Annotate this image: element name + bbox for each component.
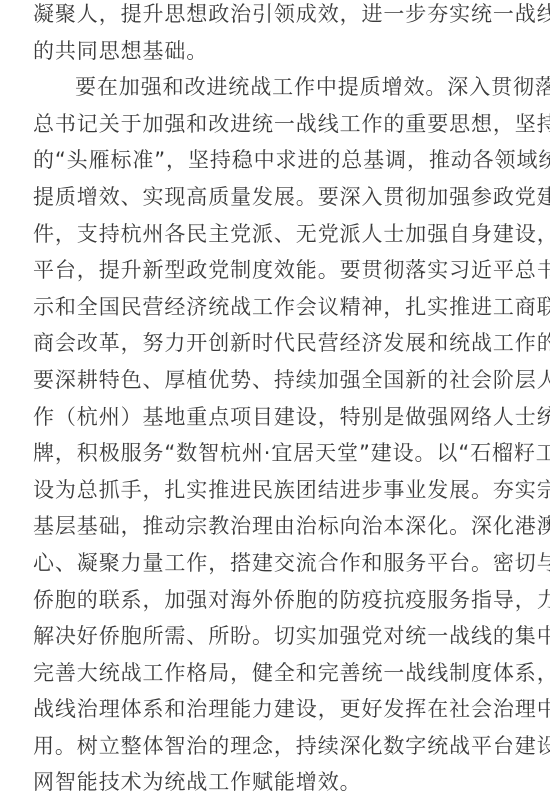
text-line: 设为总抓手，扎实推进民族团结进步事业发展。夯实宗教工作的 xyxy=(33,472,525,509)
text-line: 牌，积极服务“数智杭州·宜居天堂”建设。以“石榴籽工程”建 xyxy=(33,435,525,472)
text-line: 的“头雁标准”，坚持稳中求进的总基调，推动各领域统战工作 xyxy=(33,142,525,179)
text-line: 的共同思想基础。 xyxy=(33,33,525,70)
text-line: 侨胞的联系，加强对海外侨胞的防疫抗疫服务指导，力所能及地 xyxy=(33,582,525,619)
text-line: 要深耕特色、厚植优势、持续加强全国新的社会阶层人士统战工 xyxy=(33,362,525,399)
text-line: 总书记关于加强和改进统一战线工作的重要思想，坚持重要窗口 xyxy=(33,106,525,143)
text-line: 凝聚人，提升思想政治引领成效，进一步夯实统一战线团结奋斗 xyxy=(33,0,525,33)
text-line: 件，支持杭州各民主党派、无党派人士加强自身建设，创新机制 xyxy=(33,216,525,253)
text-line: 基层基础，推动宗教治理由治标向治本深化。深化港澳台争取人 xyxy=(33,508,525,545)
text-line: 商会改革，努力开创新时代民营经济发展和统战工作的新局面。 xyxy=(33,325,525,362)
text-line: 示和全国民营经济统战工作会议精神，扎实推进工商联及其所属 xyxy=(33,289,525,326)
paragraph-2: 要在加强和改进统战工作中提质增效。深入贯彻落实习近平 总书记关于加强和改进统一战… xyxy=(33,69,525,801)
text-line: 心、凝聚力量工作，搭建交流合作和服务平台。密切与海外侨团、 xyxy=(33,545,525,582)
text-line: 用。树立整体智治的理念，持续深化数字统战平台建设，以互联 xyxy=(33,728,525,765)
paragraph-1: 凝聚人，提升思想政治引领成效，进一步夯实统一战线团结奋斗 的共同思想基础。 xyxy=(33,0,525,69)
text-line: 提质增效、实现高质量发展。要深入贯彻加强参政党建设重要文 xyxy=(33,179,525,216)
text-line: 要在加强和改进统战工作中提质增效。深入贯彻落实习近平 xyxy=(33,69,525,106)
text-line: 平台，提升新型政党制度效能。要贯彻落实习近平总书记重要指 xyxy=(33,252,525,289)
text-line: 战线治理体系和治理能力建设，更好发挥在社会治理中的重要作 xyxy=(33,691,525,728)
text-line: 网智能技术为统战工作赋能增效。 xyxy=(33,764,525,801)
text-line: 作（杭州）基地重点项目建设，特别是做强网络人士统战工作品 xyxy=(33,399,525,436)
text-line: 解决好侨胞所需、所盼。切实加强党对统一战线的集中统一领导， xyxy=(33,618,525,655)
text-line: 完善大统战工作格局，健全和完善统一战线制度体系，推进统一 xyxy=(33,655,525,692)
article-body: 凝聚人，提升思想政治引领成效，进一步夯实统一战线团结奋斗 的共同思想基础。 要在… xyxy=(33,0,525,801)
